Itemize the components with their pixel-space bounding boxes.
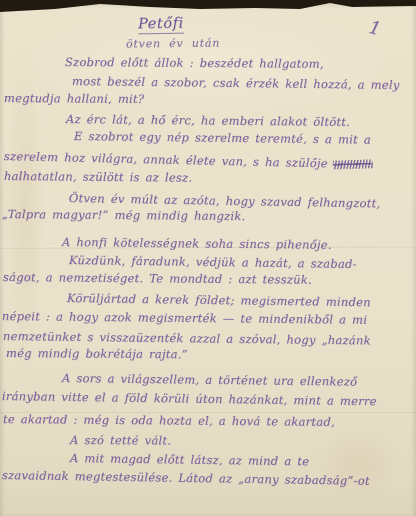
handwriting-line: még mindig bokrétája rajta.” [6, 346, 188, 361]
handwriting-text: te akartad : még is oda hozta el, a hová… [3, 412, 335, 429]
handwriting-text: „Talpra magyar!” még mindig hangzik. [2, 207, 246, 223]
manuscript-subtitle: ötven év után [126, 37, 220, 51]
handwriting-text: Szobrod előtt állok : beszédet hallgatom… [65, 55, 324, 71]
handwriting-line: „Talpra magyar!” még mindig hangzik. [2, 207, 246, 223]
title-text: Petőfi [138, 16, 184, 35]
crossed-out-word [333, 159, 373, 169]
handwriting-text: még mindig bokrétája rajta.” [6, 346, 188, 361]
handwriting-text: Az érc lát, a hő érc, ha emberi alakot ö… [66, 112, 350, 129]
handwriting-text: megtudja hallani, mit? [4, 91, 144, 106]
handwriting-line: halhatatlan, szülött is az lesz. [4, 169, 192, 185]
handwriting-text: ságot, a nemzetiséget. Te mondtad : azt … [3, 270, 312, 287]
handwriting-line: ságot, a nemzetiséget. Te mondtad : azt … [3, 270, 312, 287]
handwriting-line: Az érc lát, a hő érc, ha emberi alakot ö… [66, 112, 350, 129]
handwriting-line: A honfi kötelességnek soha sincs pihenőj… [62, 235, 332, 252]
handwriting-text: A honfi kötelességnek soha sincs pihenőj… [62, 235, 332, 252]
handwriting-text: A szó tetté vált. [70, 433, 171, 448]
scanned-manuscript-page: 1 Petőfi ötven év után Szobrod előtt áll… [0, 0, 416, 516]
handwriting-line: te akartad : még is oda hozta el, a hová… [3, 412, 335, 429]
handwriting-line: megtudja hallani, mit? [4, 91, 144, 106]
manuscript-title: Petőfi [138, 16, 184, 33]
handwriting-text: halhatatlan, szülött is az lesz. [4, 169, 192, 185]
handwriting-line: Szobrod előtt állok : beszédet hallgatom… [65, 55, 324, 71]
handwriting-line: A szó tetté vált. [70, 433, 171, 448]
